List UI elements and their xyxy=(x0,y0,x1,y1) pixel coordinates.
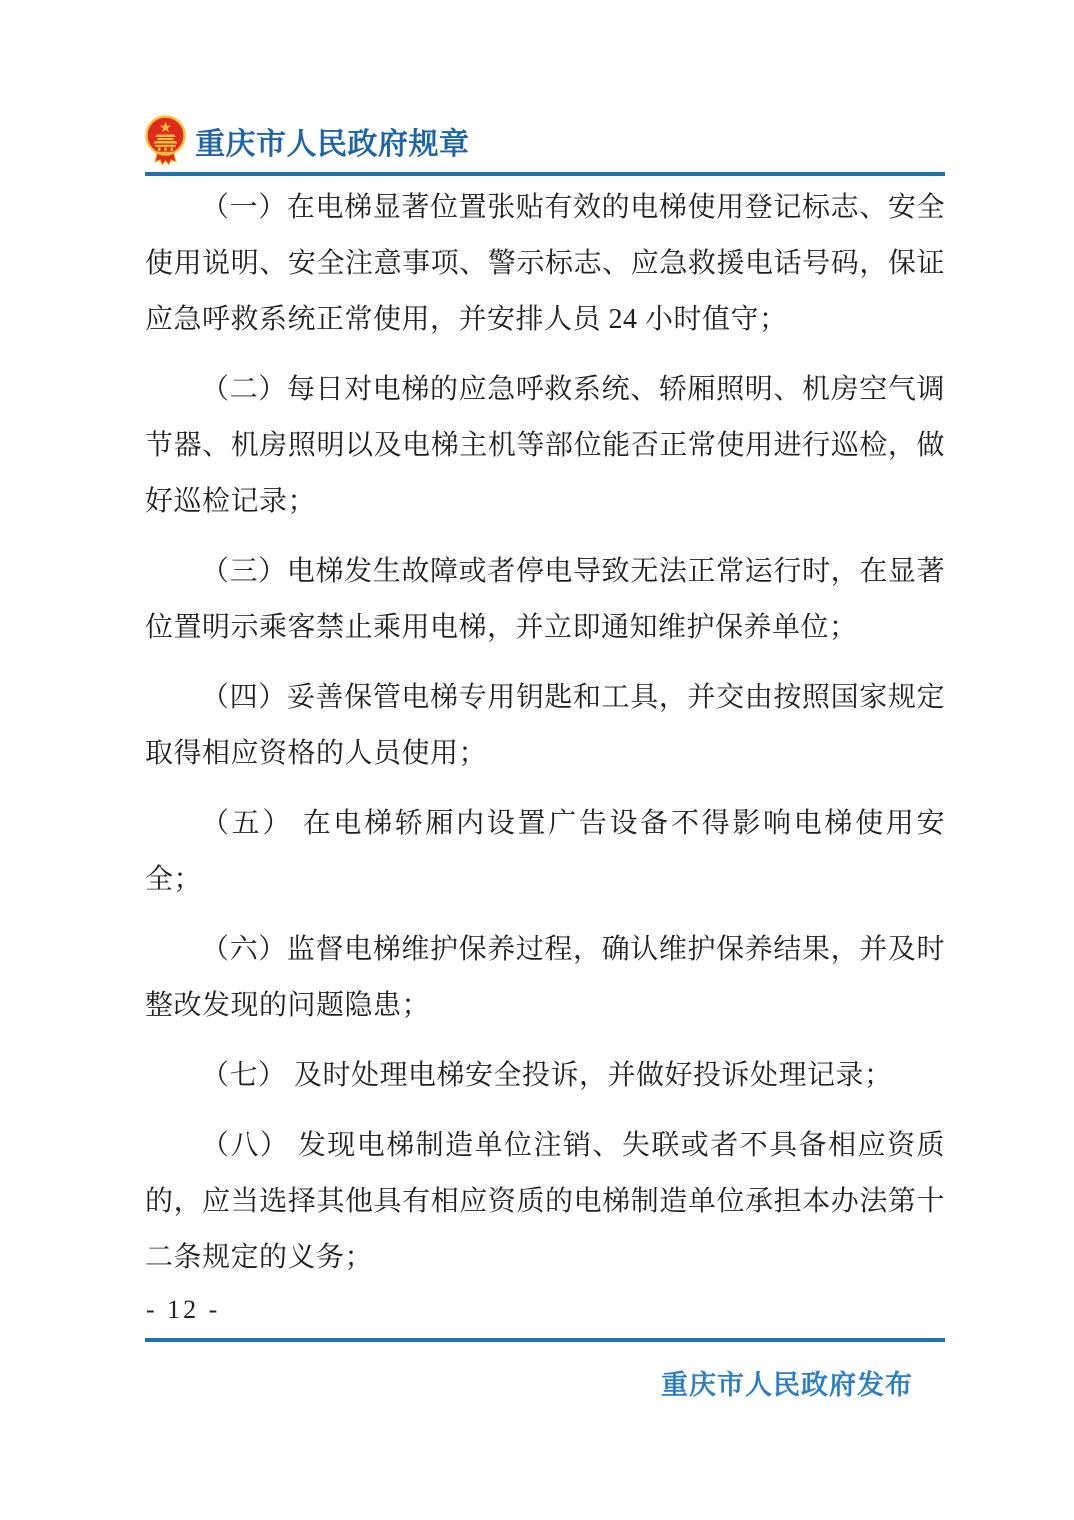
page-title: 重庆市人民政府规章 xyxy=(195,119,470,163)
body-paragraph: （八） 发现电梯制造单位注销、失联或者不具备相应资质的，应当选择其他具有相应资质… xyxy=(145,1118,945,1286)
page-header: 重庆市人民政府规章 xyxy=(145,114,945,168)
body-paragraph: （三）电梯发生故障或者停电导致无法正常运行时，在显著位置明示乘客禁止乘用电梯，并… xyxy=(145,544,945,656)
body-paragraph: （四）妥善保管电梯专用钥匙和工具，并交由按照国家规定取得相应资格的人员使用； xyxy=(145,670,945,782)
body-paragraph: （五） 在电梯轿厢内设置广告设备不得影响电梯使用安全； xyxy=(145,796,945,908)
page-number: - 12 - xyxy=(146,1295,220,1325)
document-body: （一）在电梯显著位置张贴有效的电梯使用登记标志、安全使用说明、安全注意事项、警示… xyxy=(145,180,945,1300)
document-page: 重庆市人民政府规章 （一）在电梯显著位置张贴有效的电梯使用登记标志、安全使用说明… xyxy=(0,0,1074,1520)
body-paragraph: （二）每日对电梯的应急呼救系统、轿厢照明、机房空气调节器、机房照明以及电梯主机等… xyxy=(145,362,945,530)
footer-divider xyxy=(145,1338,945,1342)
publisher-label: 重庆市人民政府发布 xyxy=(145,1363,945,1402)
national-emblem-icon xyxy=(145,115,186,167)
body-paragraph: （六）监督电梯维护保养过程，确认维护保养结果，并及时整改发现的问题隐患； xyxy=(145,922,945,1034)
body-paragraph: （七） 及时处理电梯安全投诉，并做好投诉处理记录； xyxy=(145,1048,945,1104)
header-divider xyxy=(145,172,945,176)
body-paragraph: （一）在电梯显著位置张贴有效的电梯使用登记标志、安全使用说明、安全注意事项、警示… xyxy=(145,180,945,348)
